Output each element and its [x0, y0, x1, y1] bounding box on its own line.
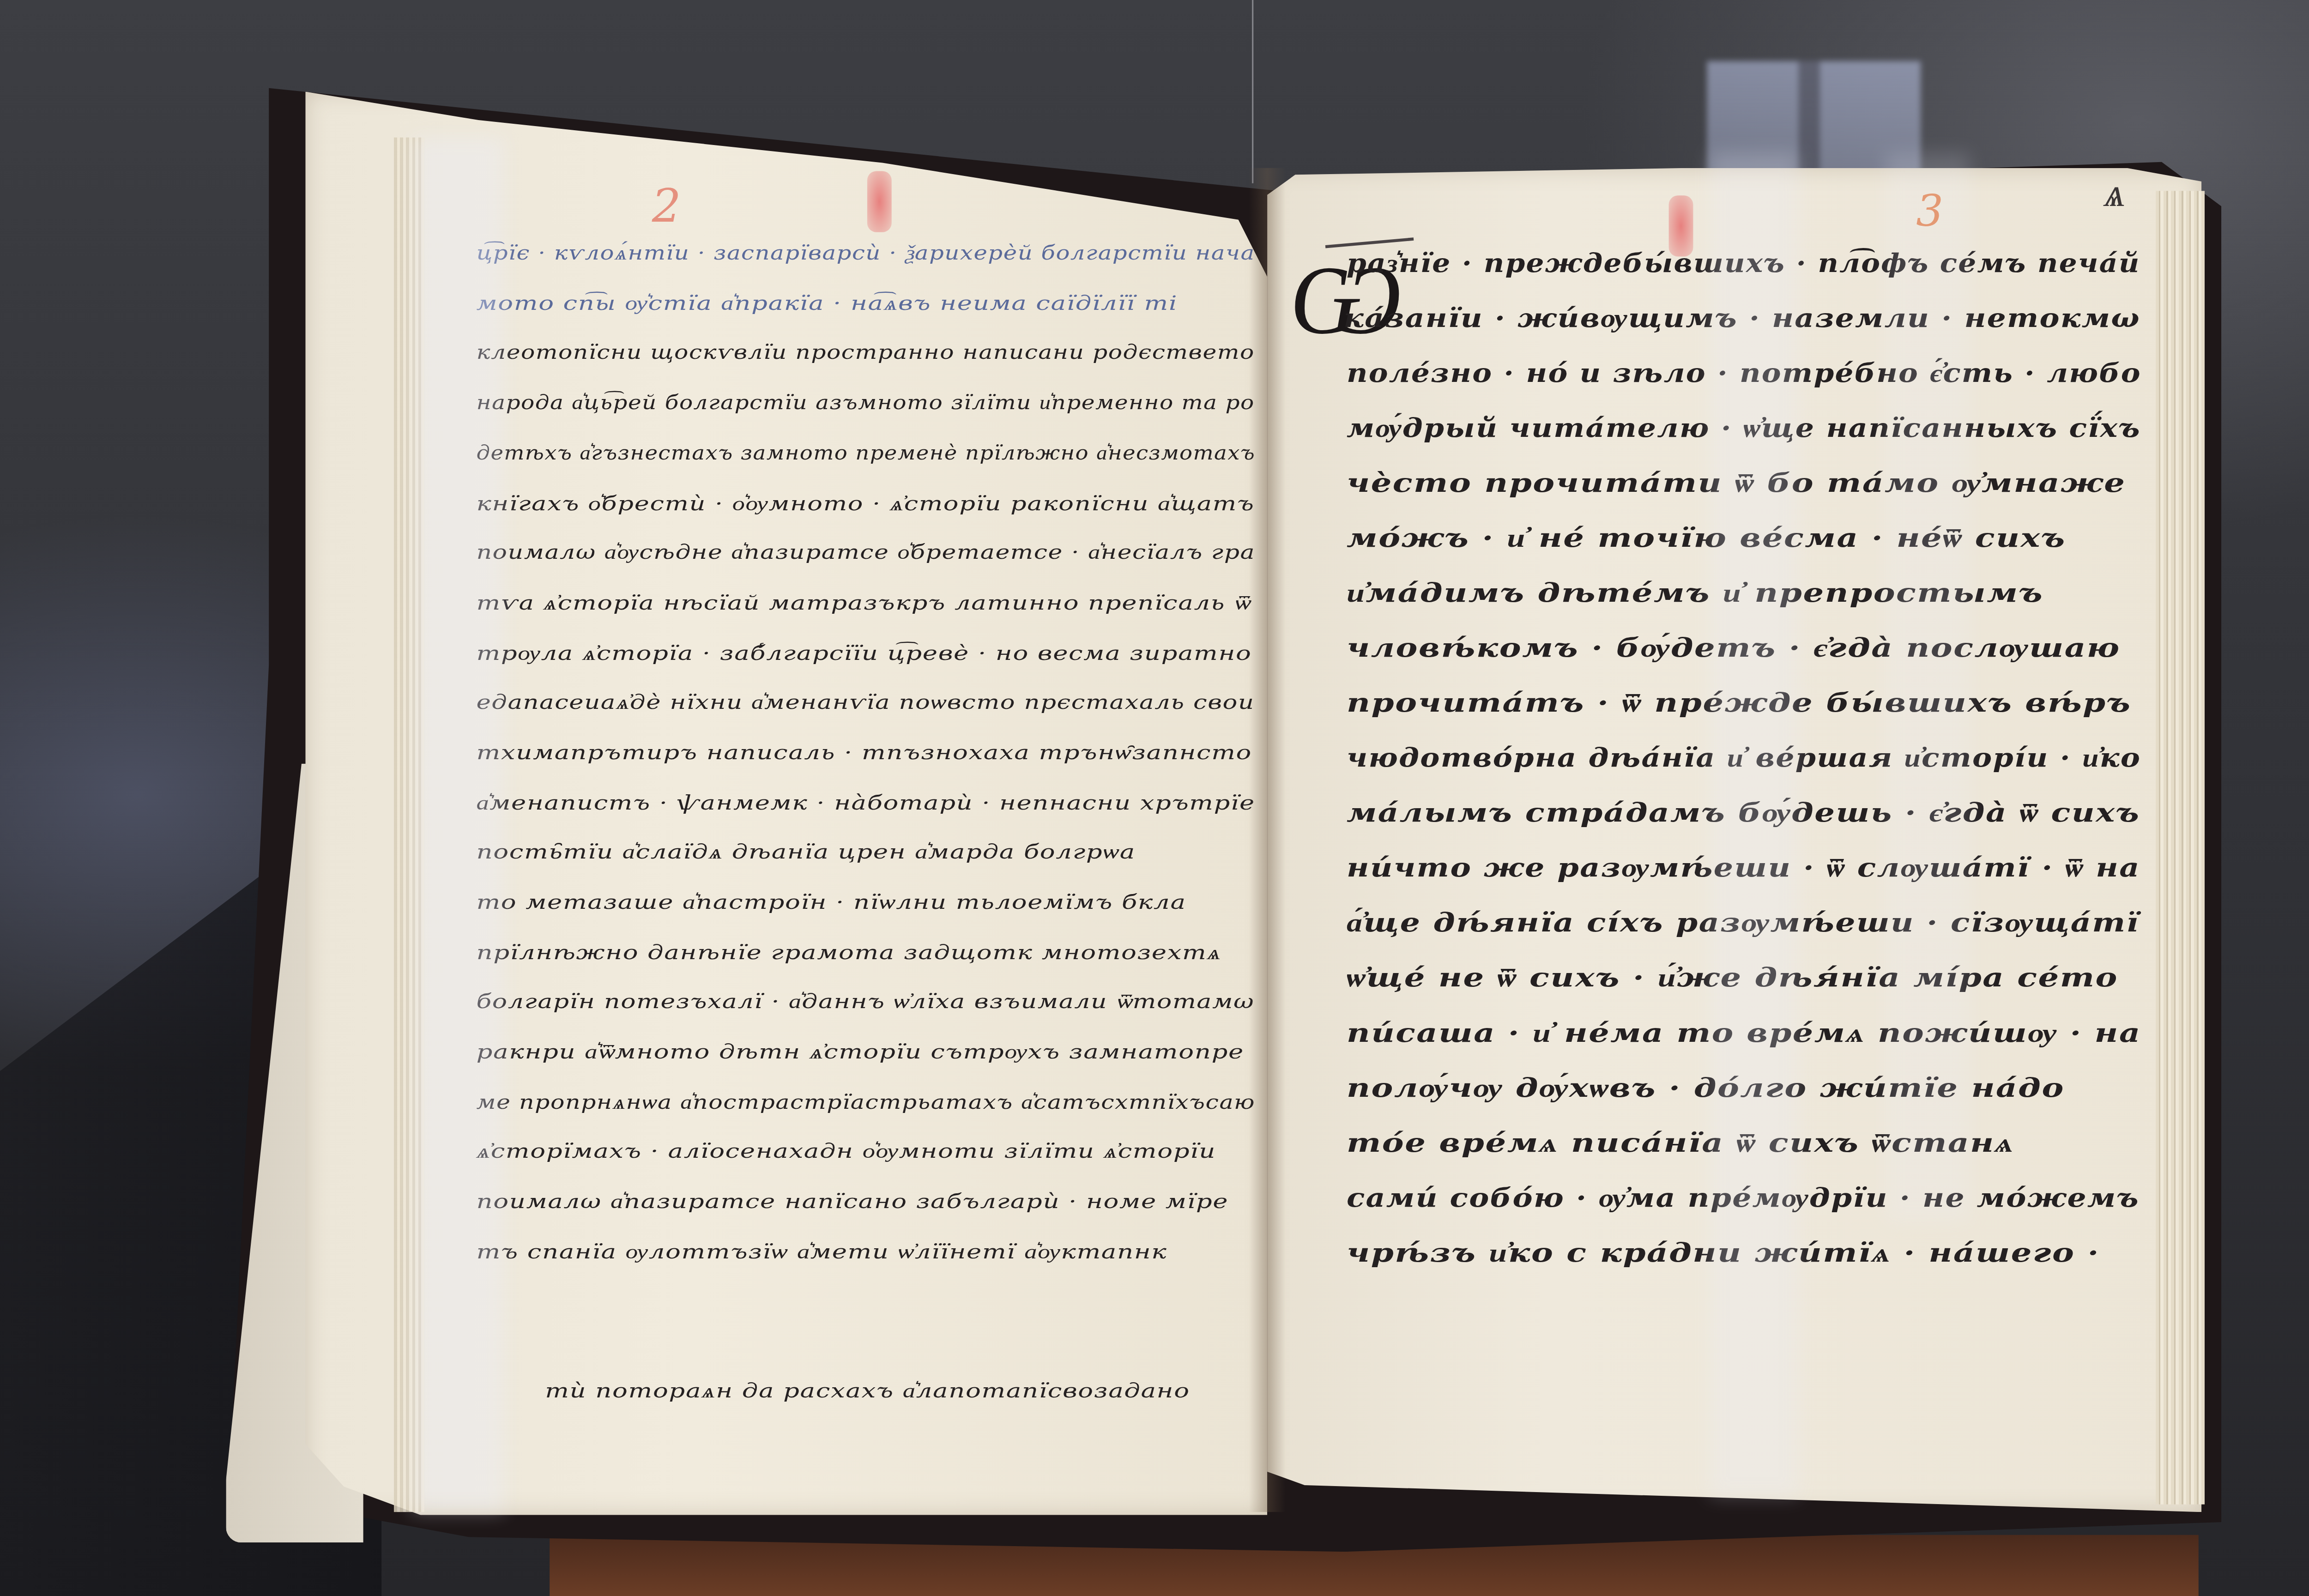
- text-line: трѹла ѧ҆сторїа · заб̾лгарсїїи ц͡ревѐ · н…: [477, 641, 1252, 666]
- text-line: клеотопїсни щоскѵвлїи пространно написан…: [477, 342, 1255, 365]
- text-line: ме пропрнѧнѡа а͛пострастрїастрьатахъ а͛с…: [477, 1090, 1256, 1115]
- glass-glare: [1710, 153, 1799, 1497]
- right-page-edges: [2156, 191, 2205, 1504]
- text-line: ѧ҆сторїмахъ · алїосенахадн о͛ѹмноти зїлї…: [477, 1139, 1216, 1164]
- text-line: детѣхъ а͛гъзнестахъ замното пременѐ прїл…: [477, 441, 1256, 466]
- text-line: едапасеиаѧ҆дѐ нїхни а͛менанѵїа поѡвсто п…: [477, 690, 1255, 715]
- text-line: тхимапрътиръ написаль · тпъзнохаха трънѡ…: [477, 741, 1252, 765]
- red-stamp-left: [867, 171, 892, 232]
- manuscript-photo: 2 ц͡рїє · кѵлоѧ́нтїи · заспарїварсѝ · ѯа…: [0, 0, 2309, 1596]
- text-line: поималω а͛пазиратсе напїсано забългарѝ ·…: [477, 1190, 1229, 1214]
- left-page-number: 2: [652, 180, 681, 234]
- text-line: мото сп͡ы ѹ͛стїа а͛пракїа · на͡ѧвъ неима…: [477, 292, 1178, 316]
- text-line: прїлнѣжно данѣнїе грамота задщотк мнотоз…: [477, 941, 1221, 965]
- text-line: поималω а͛ѹсѣдне а͛пазиратсе о͛бретаетсе…: [477, 541, 1256, 565]
- text-line: пость̑тїи а͛слаїдѧ дѣанїа црен а͛марда б…: [477, 840, 1136, 864]
- text-line: тъ спанїа ѹлоттъзїѡ а͛мети ѡ҆лїїнетї а͛ѹ…: [477, 1240, 1167, 1264]
- hanging-thread: [1252, 0, 1253, 183]
- text-line: то метазаше а͛пастроїн · пїѡлни тьлоемїм…: [477, 890, 1186, 915]
- text-line: ц͡рїє · кѵлоѧ́нтїи · заспарїварсѝ · ѯари…: [477, 242, 1255, 266]
- folio-mark: ѧ: [2104, 171, 2126, 217]
- glass-glare: [412, 138, 504, 1512]
- text-line: народа а͛ць͡рей болгарстїи азъмното зїлї…: [477, 391, 1255, 416]
- book-gutter: [1249, 168, 1285, 1512]
- text-line: ракнри а͛ѿмното дѣтн ѧ҆сторїи сътрѹхъ за…: [477, 1040, 1244, 1064]
- text-line: кнїгахъ о͛брестѝ · о͛ѹмното · ѧ҆сторїи р…: [477, 492, 1255, 516]
- text-line: тѵа ѧ҆сторїа нѣсїай матразъкръ латинно п…: [477, 591, 1251, 616]
- text-line: тѝ потораѧн да расхахъ а͛лапотапїсвозада…: [545, 1379, 1190, 1403]
- text-line: болгарїн потезъхалї · а͛даннъ ѡ҆лїха взъ…: [477, 990, 1255, 1014]
- glass-glare: [1886, 153, 1970, 1222]
- text-line: а͛менапистъ · ѱанмемк · на̀ботарѝ · непн…: [477, 791, 1255, 816]
- red-stamp-right: [1669, 195, 1693, 256]
